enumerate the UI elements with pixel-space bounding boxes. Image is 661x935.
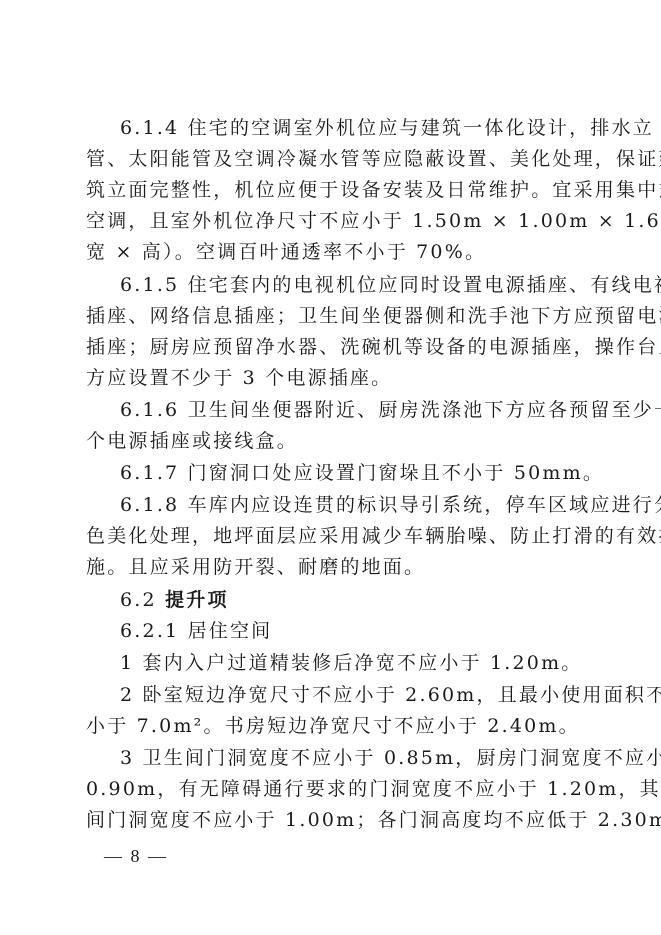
section-heading-number: 6.2 [120,589,157,611]
list-item-2-line-2: 小于 7.0m²。书房短边净宽尺寸不应小于 2.40m。 [86,714,578,738]
section-heading-title: 提升项 [165,589,229,611]
paragraph-6-1-8-line-1: 6.1.8 车库内应设连贯的标识导引系统，停车区域应进行分 [120,493,578,517]
paragraph-6-1-4-line-5: 宽 × 高）。空调百叶通透率不小于 70%。 [86,240,578,264]
paragraph-6-1-8-line-3: 施。且应采用防开裂、耐磨的地面。 [86,555,578,579]
subsection-heading-6-2-1: 6.2.1 居住空间 [120,619,578,643]
page-number: — 8 — [104,846,168,867]
paragraph-6-1-5-line-1: 6.1.5 住宅套内的电视机位应同时设置电源插座、有线电视 [120,273,578,297]
paragraph-6-1-4-line-4: 空调，且室外机位净尺寸不应小于 1.50m × 1.00m × 1.60m（长 … [86,209,578,233]
paragraph-6-1-7-line-1: 6.1.7 门窗洞口处应设置门窗垛且不小于 50mm。 [120,461,578,485]
document-page: 6.1.4 住宅的空调室外机位应与建筑一体化设计，排水立 管、太阳能管及空调冷凝… [0,0,661,935]
list-item-1: 1 套内入户过道精装修后净宽不应小于 1.20m。 [120,651,578,675]
paragraph-6-1-4-line-1: 6.1.4 住宅的空调室外机位应与建筑一体化设计，排水立 [120,116,578,140]
paragraph-6-1-6-line-1: 6.1.6 卫生间坐便器附近、厨房洗涤池下方应各预留至少一 [120,398,578,422]
list-item-2-line-1: 2 卧室短边净宽尺寸不应小于 2.60m，且最小使用面积不应 [120,683,578,707]
list-item-3-line-3: 间门洞宽度不应小于 1.00m；各门洞高度均不应低于 2.30m。 [86,808,578,832]
list-item-3-line-2: 0.90m，有无障碍通行要求的门洞宽度不应小于 1.20m，其他房 [86,777,578,801]
paragraph-6-1-8-line-2: 色美化处理，地坪面层应采用减少车辆胎噪、防止打滑的有效措 [86,524,578,548]
paragraph-6-1-5-line-2: 插座、网络信息插座；卫生间坐便器侧和洗手池下方应预留电源 [86,304,578,328]
list-item-3-line-1: 3 卫生间门洞宽度不应小于 0.85m，厨房门洞宽度不应小于 [120,746,578,770]
paragraph-6-1-4-line-2: 管、太阳能管及空调冷凝水管等应隐蔽设置、美化处理，保证建 [86,147,578,171]
section-heading-6-2: 6.2 提升项 [120,588,578,612]
paragraph-6-1-5-line-3: 插座；厨房应预留净水器、洗碗机等设备的电源插座，操作台上 [86,335,578,359]
paragraph-6-1-4-line-3: 筑立面完整性，机位应便于设备安装及日常维护。宜采用集中式 [86,178,578,202]
paragraph-6-1-6-line-2: 个电源插座或接线盒。 [86,429,578,453]
paragraph-6-1-5-line-4: 方应设置不少于 3 个电源插座。 [86,366,578,390]
